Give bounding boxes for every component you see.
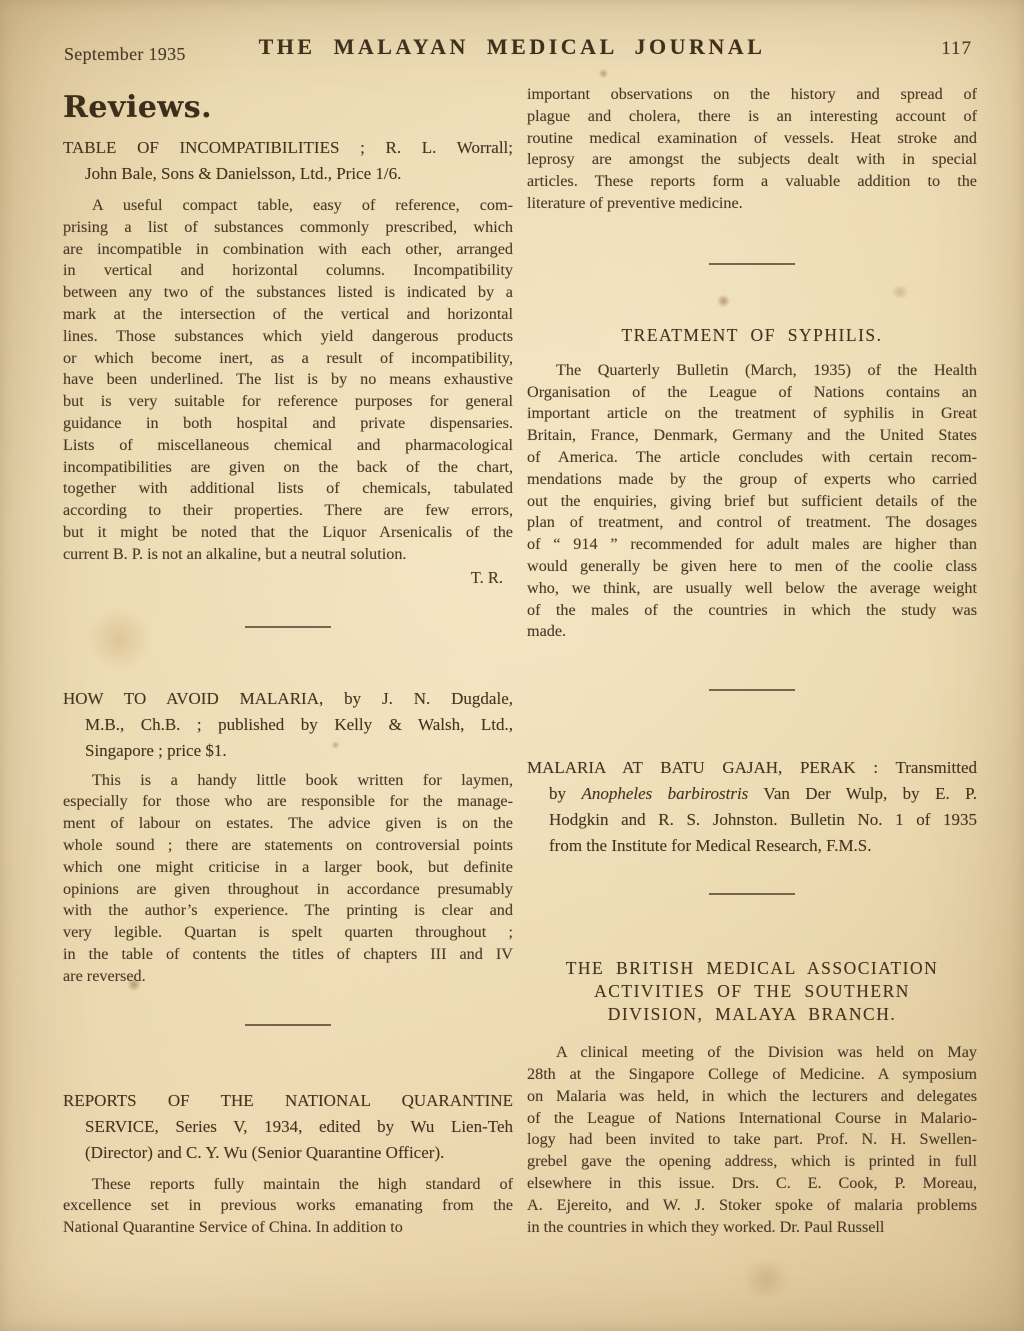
text-line: which one might criticise in a larger bo…	[63, 857, 513, 879]
journal-page-scan: September 1935 THE MALAYAN MEDICAL JOURN…	[0, 0, 1024, 1331]
text-line: TABLE OF INCOMPATIBILITIES ; R. L. Worra…	[63, 135, 513, 161]
text-line: according to their properties. There are…	[63, 500, 513, 522]
text-line: plan of treatment, and control of treatm…	[527, 512, 977, 534]
two-column-layout: Reviews. TABLE OF INCOMPATIBILITIES ; R.…	[63, 84, 977, 1239]
section-divider	[245, 1024, 331, 1026]
text-line: guidance in both hospital and private di…	[63, 413, 513, 435]
text-line: mark at the intersection of the vertical…	[63, 304, 513, 326]
text-line: out the enquiries, giving brief but suff…	[527, 491, 977, 513]
text-line: especially for those who are responsible…	[63, 791, 513, 813]
text-line: of “ 914 ” recommended for adult males a…	[527, 534, 977, 556]
review-heading-quarantine-reports: REPORTS OF THE NATIONAL QUARANTINESERVIC…	[63, 1088, 513, 1166]
text-line: important article on the treatment of sy…	[527, 403, 977, 425]
text-line: A clinical meeting of the Division was h…	[527, 1042, 977, 1064]
article-title-bma-activities: THE BRITISH MEDICAL ASSOCIATIONACTIVITIE…	[527, 957, 977, 1026]
text-line: These reports fully maintain the high st…	[63, 1174, 513, 1196]
text-line: opinions are given throughout in accorda…	[63, 879, 513, 901]
text-line: current B. P. is not an alkaline, but a …	[63, 544, 513, 566]
text-line: whole sound ; there are statements on co…	[63, 835, 513, 857]
text-line: but is very suitable for reference purpo…	[63, 391, 513, 413]
text-line: National Quarantine Service of China. In…	[63, 1217, 513, 1239]
text-line: elsewhere in this issue. Drs. C. E. Cook…	[527, 1173, 977, 1195]
review-body-quarantine-reports: These reports fully maintain the high st…	[63, 1174, 513, 1239]
text-line: (Director) and C. Y. Wu (Senior Quaranti…	[63, 1140, 513, 1166]
text-line: Singapore ; price $1.	[63, 738, 513, 764]
section-divider	[709, 893, 795, 895]
text-line: M.B., Ch.B. ; published by Kelly & Walsh…	[63, 712, 513, 738]
text-line: ment of labour on estates. The advice gi…	[63, 813, 513, 835]
text-line: leprosy are amongst the subjects dealt w…	[527, 149, 977, 171]
text-line: of America. The article concludes with c…	[527, 447, 977, 469]
text-line: SERVICE, Series V, 1934, edited by Wu Li…	[63, 1114, 513, 1140]
text-line: but it might be noted that the Liquor Ar…	[63, 522, 513, 544]
text-line: 28th at the Singapore College of Medicin…	[527, 1064, 977, 1086]
text-segment: by	[549, 784, 581, 803]
text-line: Organisation of the League of Nations co…	[527, 382, 977, 404]
text-line: from the Institute for Medical Research,…	[527, 833, 977, 859]
text-line: with the author’s experience. The printi…	[63, 900, 513, 922]
text-line: Lists of miscellaneous chemical and phar…	[63, 435, 513, 457]
text-line: grebel gave the opening address, which i…	[527, 1151, 977, 1173]
text-line: in the countries in which they worked. D…	[527, 1217, 977, 1239]
text-line: very legible. Quartan is spelt quarten t…	[63, 922, 513, 944]
text-line: plague and cholera, there is an interest…	[527, 106, 977, 128]
journal-title: THE MALAYAN MEDICAL JOURNAL	[0, 34, 1024, 60]
continuation-paragraph: important observations on the history an…	[527, 84, 977, 215]
text-line: A useful compact table, easy of referenc…	[63, 195, 513, 217]
text-line: between any two of the substances listed…	[63, 282, 513, 304]
section-divider	[245, 626, 331, 628]
text-line: by Anopheles barbirostris Van Der Wulp, …	[527, 781, 977, 807]
text-line: would generally be given here to men of …	[527, 556, 977, 578]
text-line: in vertical and horizontal columns. Inco…	[63, 260, 513, 282]
text-line: are reversed.	[63, 966, 513, 988]
text-line: or which become inert, as a result of in…	[63, 348, 513, 370]
text-line: articles. These reports form a valuable …	[527, 171, 977, 193]
text-line: made.	[527, 621, 977, 643]
text-line: A. Ejereito, and W. J. Stoker spoke of m…	[527, 1195, 977, 1217]
reviewer-initials: T. R.	[63, 568, 513, 588]
paper-stain	[599, 68, 608, 79]
reviews-section-title: Reviews.	[63, 90, 513, 125]
section-divider	[709, 689, 795, 691]
text-line: have been underlined. The list is by no …	[63, 369, 513, 391]
text-line: on Malaria was held, in which the lectur…	[527, 1086, 977, 1108]
text-line: of the League of Nations International C…	[527, 1108, 977, 1130]
text-segment: Van Der Wulp, by E. P.	[748, 784, 977, 803]
text-line: mendations made by the group of experts …	[527, 469, 977, 491]
page-number: 117	[941, 38, 972, 60]
text-line: excellence set in previous works emanati…	[63, 1195, 513, 1217]
text-line: together with additional lists of chemic…	[63, 478, 513, 500]
text-line: John Bale, Sons & Danielsson, Ltd., Pric…	[63, 161, 513, 187]
text-line: Britain, France, Denmark, Germany and th…	[527, 425, 977, 447]
text-line: are incompatible in combination with eac…	[63, 239, 513, 261]
text-line: in the table of contents the titles of c…	[63, 944, 513, 966]
text-line: HOW TO AVOID MALARIA, by J. N. Dugdale,	[63, 686, 513, 712]
text-line: lines. Those substances which yield dang…	[63, 326, 513, 348]
text-line: who, we think, are usually well below th…	[527, 578, 977, 600]
review-body-how-to-avoid-malaria: This is a handy little book written for …	[63, 770, 513, 988]
text-line: incompatibilities are given on the back …	[63, 457, 513, 479]
text-line: The Quarterly Bulletin (March, 1935) of …	[527, 360, 977, 382]
article-title-text: TREATMENT OF SYPHILIS.	[621, 325, 882, 345]
review-body-incompatibilities: A useful compact table, easy of referenc…	[63, 195, 513, 566]
review-heading-how-to-avoid-malaria: HOW TO AVOID MALARIA, by J. N. Dugdale,M…	[63, 686, 513, 764]
species-name-italic: Anopheles barbirostris	[581, 784, 748, 803]
section-divider	[709, 263, 795, 265]
text-line: prising a list of substances commonly pr…	[63, 217, 513, 239]
left-column: Reviews. TABLE OF INCOMPATIBILITIES ; R.…	[63, 84, 513, 1239]
text-line: This is a handy little book written for …	[63, 770, 513, 792]
text-line: THE BRITISH MEDICAL ASSOCIATION	[527, 957, 977, 980]
paper-stain	[738, 1262, 794, 1296]
article-title-treatment-of-syphilis: TREATMENT OF SYPHILIS.	[527, 325, 977, 346]
text-line: REPORTS OF THE NATIONAL QUARANTINE	[63, 1088, 513, 1114]
text-line: literature of preventive medicine.	[527, 193, 977, 215]
article-body-bma-activities: A clinical meeting of the Division was h…	[527, 1042, 977, 1238]
text-line: routine medical examination of vessels. …	[527, 128, 977, 150]
text-line: important observations on the history an…	[527, 84, 977, 106]
text-line: Hodgkin and R. S. Johnston. Bulletin No.…	[527, 807, 977, 833]
notice-malaria-batu-gajah: MALARIA AT BATU GAJAH, PERAK : Transmitt…	[527, 755, 977, 859]
text-line: MALARIA AT BATU GAJAH, PERAK : Transmitt…	[527, 755, 977, 781]
article-body-treatment-of-syphilis: The Quarterly Bulletin (March, 1935) of …	[527, 360, 977, 643]
text-line: DIVISION, MALAYA BRANCH.	[527, 1003, 977, 1026]
review-heading-incompatibilities: TABLE OF INCOMPATIBILITIES ; R. L. Worra…	[63, 135, 513, 187]
text-line: ACTIVITIES OF THE SOUTHERN	[527, 980, 977, 1003]
text-line: logy had been invited to take part. Prof…	[527, 1129, 977, 1151]
text-line: of the males of the countries in which t…	[527, 600, 977, 622]
right-column: important observations on the history an…	[527, 84, 977, 1239]
